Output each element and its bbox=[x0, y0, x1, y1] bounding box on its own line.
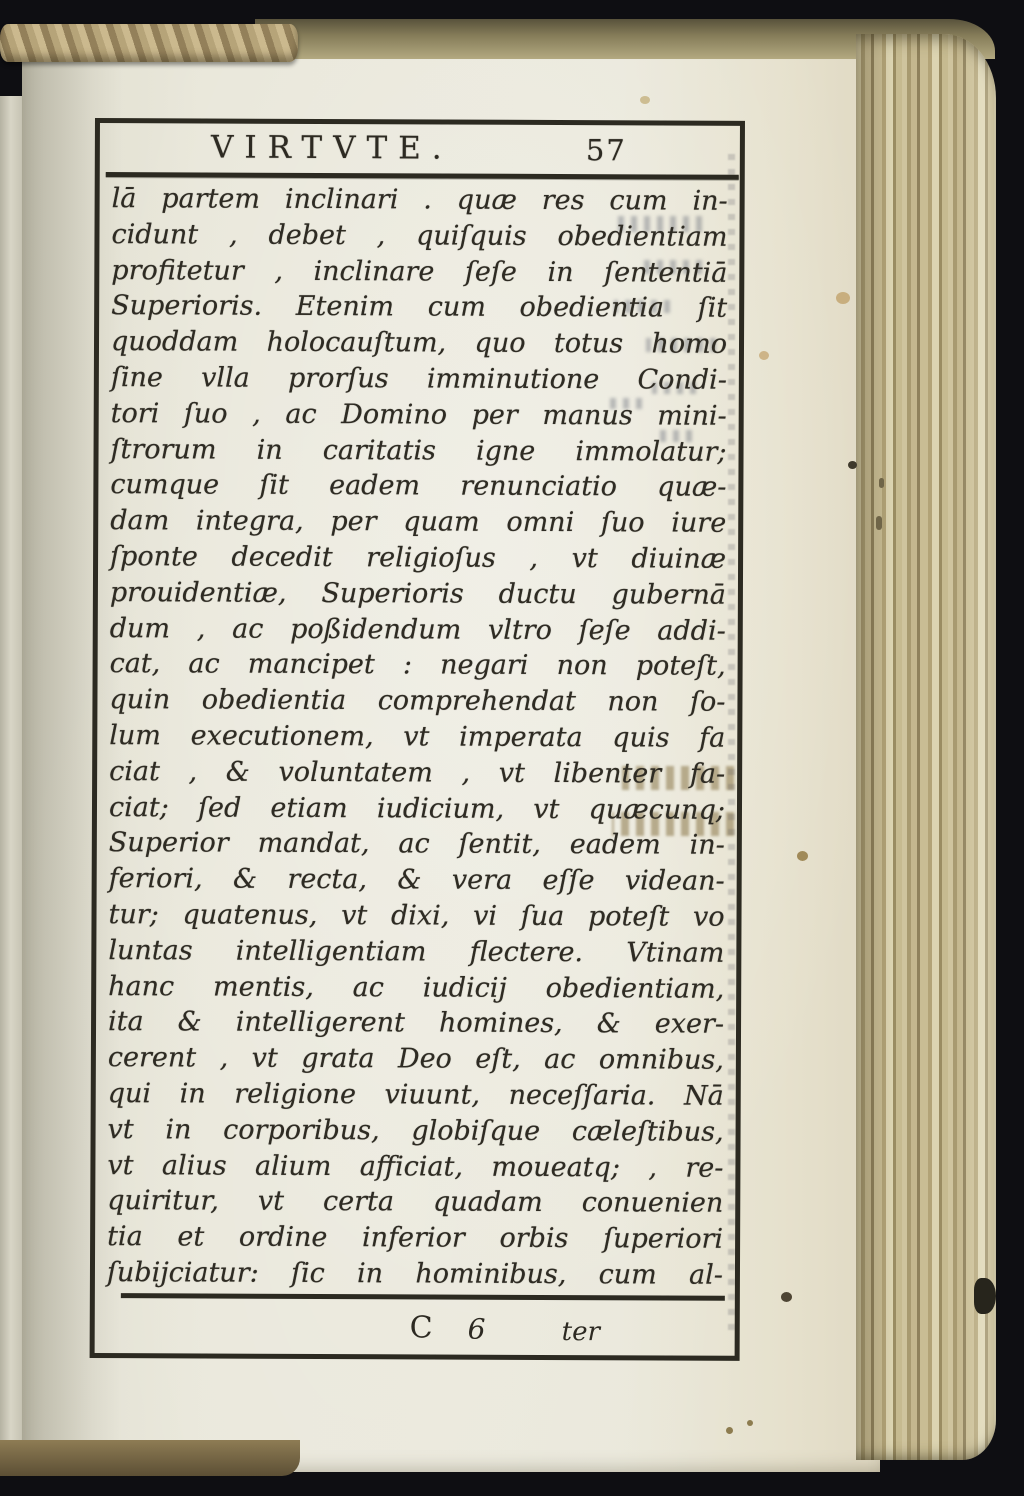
text-line: vt alius alium afficiat, moueatq; , re- bbox=[107, 1148, 723, 1186]
text-line: tia et ordine inferior orbis ſuperiori bbox=[107, 1219, 723, 1257]
text-line: prouidentiæ, Superioris ductu gubernā bbox=[110, 575, 726, 613]
ink-fleck bbox=[781, 1292, 792, 1302]
text-line: quin obedientia comprehendat non ſo- bbox=[109, 682, 725, 720]
text-line: ſine vlla prorſus imminutione Condi- bbox=[111, 360, 727, 398]
text-line: qui in religione viuunt, neceſſaria. Nā bbox=[108, 1076, 724, 1114]
running-title: VIRTVTE. bbox=[211, 130, 453, 167]
facing-page-edge bbox=[0, 96, 24, 1448]
text-line: ciat; ſed etiam iudicium, vt quæcunq; bbox=[109, 790, 725, 828]
foxing-spot bbox=[726, 1427, 733, 1434]
text-line: cidunt , debet , quiſquis obedientiam bbox=[111, 217, 727, 255]
text-line: lā partem inclinari . quæ res cum in- bbox=[112, 181, 728, 219]
text-line: cumque ſit eadem renunciatio quæ- bbox=[110, 467, 726, 505]
foxing-spot bbox=[836, 292, 850, 304]
text-line: ita & intelligerent homines, & exer- bbox=[108, 1004, 724, 1042]
foxing-spot bbox=[747, 1420, 753, 1426]
text-line: vt in corporibus, globiſque cæleſtibus, bbox=[108, 1112, 724, 1150]
edge-fleck bbox=[876, 516, 882, 530]
text-line: dum , ac poßidendum vltro ſeſe addi- bbox=[110, 611, 726, 649]
edge-fleck bbox=[879, 478, 884, 488]
headband-braid bbox=[0, 24, 298, 62]
ink-fleck bbox=[848, 461, 857, 469]
text-line: profitetur , inclinare ſeſe in ſententiā bbox=[111, 253, 727, 291]
text-line: cerent , vt grata Deo eſt, ac omnibus, bbox=[108, 1040, 724, 1078]
text-line: quiritur, vt certa quadam conuenien bbox=[107, 1183, 723, 1221]
text-line: dam integra, per quam omni ſuo iure bbox=[110, 503, 726, 541]
text-line: ſponte decedit religioſus , vt diuinæ bbox=[110, 539, 726, 577]
signature-letter: C bbox=[410, 1310, 433, 1345]
binding-tail-edge bbox=[0, 1440, 300, 1476]
text-line: hanc mentis, ac iudicij obedientiam, bbox=[108, 969, 724, 1007]
page-number: 57 bbox=[586, 133, 627, 167]
text-line: Superioris. Etenim cum obedientia ſit bbox=[111, 288, 727, 326]
header-rule bbox=[106, 172, 739, 180]
foxing-spot bbox=[797, 851, 808, 861]
fore-edge-page-stack bbox=[856, 34, 996, 1460]
text-line: ſtrorum in caritatis igne immolatur; bbox=[110, 432, 726, 470]
text-line: quoddam holocauſtum, quo totus homo bbox=[111, 324, 727, 362]
text-line: ciat , & voluntatem , vt libenter fa- bbox=[109, 754, 725, 792]
catchword: ter bbox=[562, 1317, 600, 1347]
text-line: lum executionem, vt imperata quis fa bbox=[109, 718, 725, 756]
text-line: luntas intelligentiam flectere. Vtinam bbox=[108, 933, 724, 971]
foxing-spot bbox=[759, 351, 769, 360]
printed-rule-frame: VIRTVTE. 57 lā partem inclinari . quæ re… bbox=[90, 118, 745, 1361]
edge-notch bbox=[974, 1278, 996, 1314]
signature-number: 6 bbox=[468, 1313, 486, 1346]
body-text: lā partem inclinari . quæ res cum in-cid… bbox=[107, 181, 728, 1296]
text-line: tur; quatenus, vt dixi, vi ſua poteſt vo bbox=[108, 897, 724, 935]
scanned-book-photo: VIRTVTE. 57 lā partem inclinari . quæ re… bbox=[0, 0, 1024, 1496]
text-line: tori ſuo , ac Domino per manus mini- bbox=[111, 396, 727, 434]
text-line: cat, ac mancipet : negari non poteſt, bbox=[110, 646, 726, 684]
text-line: feriori, & recta, & vera eſſe videan- bbox=[109, 861, 725, 899]
text-line: ſubijciatur: ſic in hominibus, cum al- bbox=[107, 1255, 723, 1293]
text-line: Superior mandat, ac ſentit, eadem in- bbox=[109, 825, 725, 863]
foxing-spot bbox=[640, 96, 650, 104]
